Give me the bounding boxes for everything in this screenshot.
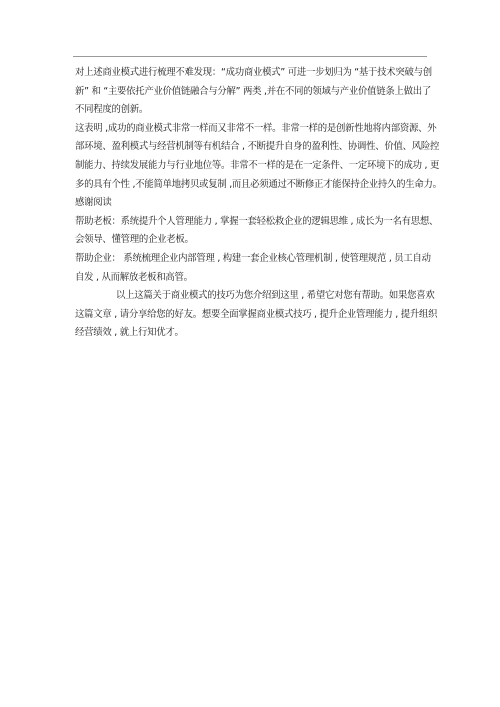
paragraph-help-boss: 帮助老板：系统提升个人管理能力 , 掌握一套轻松救企业的逻辑思维 , 成长为一名… [75, 213, 427, 250]
text-line: 自发 , 从而解放老板和高管。 [75, 269, 427, 288]
paragraph-thanks-heading: 感谢阅读 [75, 194, 427, 213]
paragraph-closing: 以上这篇关于商业模式的技巧为您介绍到这里 , 希望它对您有帮助。如果您喜欢 这篇… [75, 287, 427, 343]
text-line: 经营绩效 , 就上行知优才。 [75, 324, 427, 343]
text-line: 这表明 ,成功的商业模式非常一样而又非常不一样。非常一样的是创新性地将内部资源、… [75, 120, 427, 139]
text-line: 制能力、持续发展能力与行业地位等。非常不一样的是在一定条件、一定环境下的成功 ,… [75, 157, 427, 176]
text-line: 帮助老板：系统提升个人管理能力 , 掌握一套轻松救企业的逻辑思维 , 成长为一名… [75, 213, 427, 232]
text-line: 以上这篇关于商业模式的技巧为您介绍到这里 , 希望它对您有帮助。如果您喜欢 [75, 287, 427, 306]
paragraph-success-analysis: 这表明 ,成功的商业模式非常一样而又非常不一样。非常一样的是创新性地将内部资源、… [75, 120, 427, 194]
text-line: 多的具有个性 ,不能简单地拷贝或复制 ,而且必须通过不断修正才能保持企业持久的生… [75, 176, 427, 195]
thanks-heading: 感谢阅读 [75, 194, 427, 213]
text-line: 不同程度的创新。 [75, 101, 427, 120]
document-page: 对上述商业模式进行梳理不难发现：“成功商业模式” 可进一步划归为 “基于技术突破… [0, 0, 500, 707]
document-body: 对上述商业模式进行梳理不难发现：“成功商业模式” 可进一步划归为 “基于技术突破… [75, 64, 427, 343]
text-line: 部环境、盈利模式与经营机制等有机结合 , 不断提升自身的盈利性、协调性、价值、风… [75, 138, 427, 157]
header-rule [73, 56, 427, 57]
text-line: 这篇文章 , 请分享给您的好友。想要全面掌握商业模式技巧 , 提升企业管理能力 … [75, 306, 427, 325]
paragraph-help-enterprise: 帮助企业： 系统梳理企业内部管理 , 构建一套企业核心管理机制 , 使管理规范 … [75, 250, 427, 287]
text-line: 对上述商业模式进行梳理不难发现：“成功商业模式” 可进一步划归为 “基于技术突破… [75, 64, 427, 83]
text-line: 新” 和 “主要依托产业价值链融合与分解” 两类 ,并在不同的领域与产业价值链条… [75, 83, 427, 102]
text-line: 帮助企业： 系统梳理企业内部管理 , 构建一套企业核心管理机制 , 使管理规范 … [75, 250, 427, 269]
text-line: 会领导、懂管理的企业老板。 [75, 231, 427, 250]
paragraph-business-model-summary: 对上述商业模式进行梳理不难发现：“成功商业模式” 可进一步划归为 “基于技术突破… [75, 64, 427, 120]
